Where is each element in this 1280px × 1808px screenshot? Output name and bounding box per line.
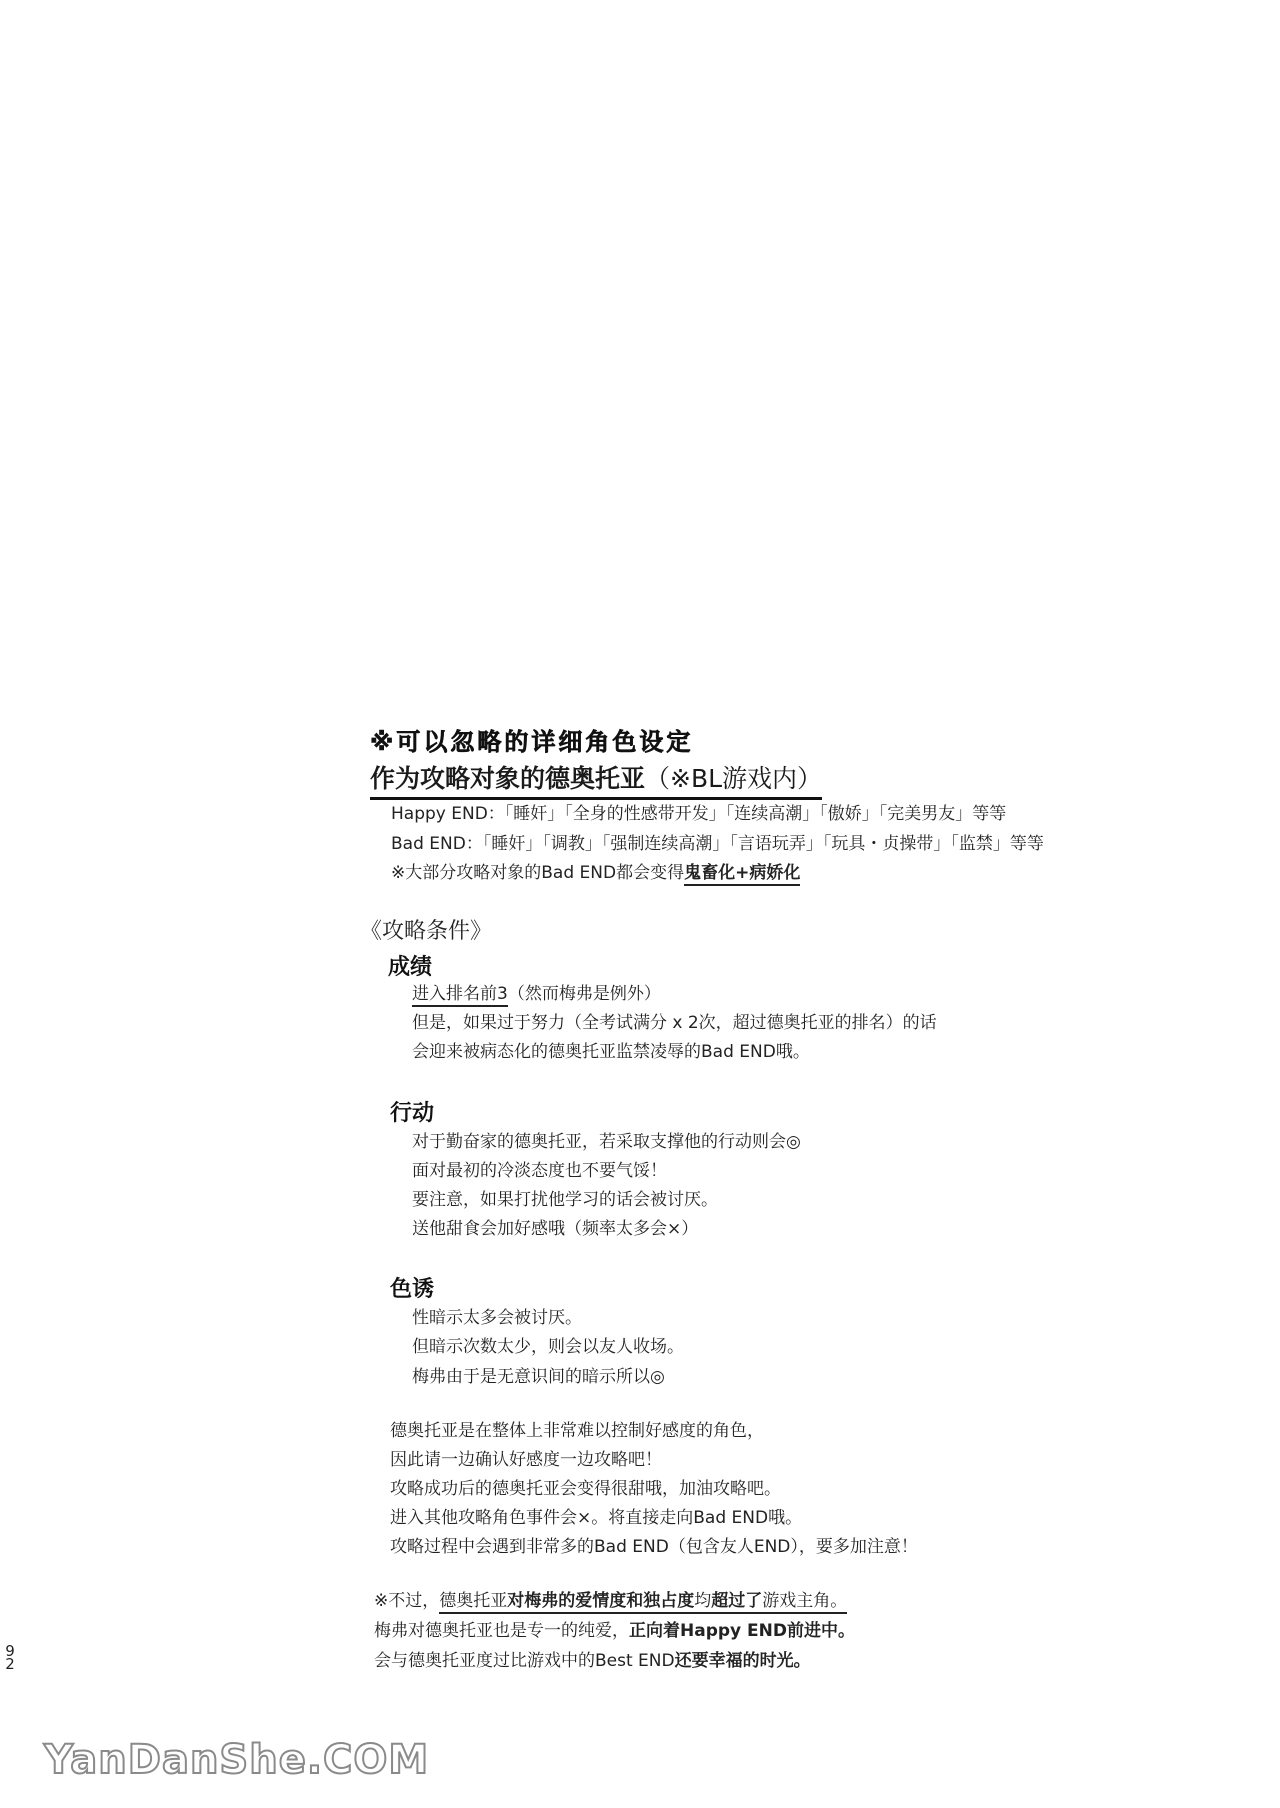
bad-end-note-prefix: ※大部分攻略对象的Bad END都会变得 xyxy=(391,863,684,883)
actions-line-1: 对于勤奋家的德奥托亚，若采取支撑他的行动则会◎ xyxy=(412,1131,801,1153)
grades-line-3: 会迎来被病态化的德奥托亚监禁凌辱的Bad END哦。 xyxy=(412,1041,810,1063)
summary-line-3: 攻略成功后的德奥托亚会变得很甜哦，加油攻略吧。 xyxy=(390,1478,781,1500)
page-number: 9 2 xyxy=(4,1645,16,1671)
happy-end-list: Happy END：「睡奸」「全身的性感带开发」「连续高潮」「傲娇」「完美男友」… xyxy=(391,803,1006,825)
grades-line-1: 进入排名前3（然而梅弗是例外） xyxy=(412,983,661,1005)
grades-line-1-rest: （然而梅弗是例外） xyxy=(508,984,661,1004)
cute-subtitle: ※可以忽略的详细角色设定 xyxy=(370,722,693,757)
footer-note-ub1: 对梅弗的爱情度和独占度 xyxy=(507,1591,694,1611)
footer-note-u2: 均 xyxy=(694,1591,711,1611)
summary-line-2: 因此请一边确认好感度一边攻略吧！ xyxy=(390,1449,662,1471)
main-heading: 作为攻略对象的德奥托亚（※BL游戏内） xyxy=(370,762,822,800)
summary-line-5: 攻略过程中会遇到非常多的Bad END（包含友人END），要多加注意！ xyxy=(390,1536,918,1558)
conditions-title: 《攻略条件》 xyxy=(360,914,492,945)
bad-end-list: Bad END：「睡奸」「调教」「强制连续高潮」「言语玩弄」「玩具・贞操带」「监… xyxy=(391,833,1044,855)
footer-note-line-3-normal: 会与德奥托亚度过比游戏中的Best END xyxy=(374,1651,675,1671)
footer-note-line-2-normal: 梅弗对德奥托亚也是专一的纯爱， xyxy=(374,1621,629,1641)
summary-line-4: 进入其他攻略角色事件会×。将直接走向Bad END哦。 xyxy=(390,1507,802,1529)
footer-note-line-2-bold: 正向着Happy END前进中。 xyxy=(629,1621,855,1641)
bad-end-note: ※大部分攻略对象的Bad END都会变得鬼畜化+病娇化 xyxy=(391,862,800,884)
actions-line-3: 要注意，如果打扰他学习的话会被讨厌。 xyxy=(412,1189,718,1211)
main-heading-bold: 作为攻略对象的德奥托亚 xyxy=(370,764,645,793)
section-heading-actions: 行动 xyxy=(390,1096,434,1127)
footer-note-underlined: 德奥托亚对梅弗的爱情度和独占度均超过了游戏主角。 xyxy=(439,1591,847,1614)
section-heading-grades: 成绩 xyxy=(388,950,432,981)
seduction-line-2: 但暗示次数太少，则会以友人收场。 xyxy=(412,1336,684,1358)
footer-note-ub2: 超过了 xyxy=(711,1591,762,1611)
seduction-line-3: 梅弗由于是无意识间的暗示所以◎ xyxy=(412,1366,665,1388)
page-number-digit-2: 2 xyxy=(4,1658,16,1671)
actions-line-4: 送他甜食会加好感哦（频率太多会×） xyxy=(412,1218,698,1240)
footer-note-prefix: ※不过， xyxy=(374,1591,439,1611)
footer-note-line-1: ※不过，德奥托亚对梅弗的爱情度和独占度均超过了游戏主角。 xyxy=(374,1590,847,1612)
grades-line-2: 但是，如果过于努力（全考试满分 x 2次，超过德奥托亚的排名）的话 xyxy=(412,1012,937,1034)
bad-end-note-emphasis: 鬼畜化+病娇化 xyxy=(684,863,800,886)
footer-note-u3: 游戏主角。 xyxy=(762,1591,847,1611)
actions-line-2: 面对最初的冷淡态度也不要气馁！ xyxy=(412,1160,667,1182)
section-heading-seduction: 色诱 xyxy=(390,1272,434,1303)
document-page: ※可以忽略的详细角色设定 作为攻略对象的德奥托亚（※BL游戏内） Happy E… xyxy=(0,0,1280,1808)
footer-note-u1: 德奥托亚 xyxy=(439,1591,507,1611)
footer-note-line-3: 会与德奥托亚度过比游戏中的Best END还要幸福的时光。 xyxy=(374,1650,811,1672)
main-heading-light: （※BL游戏内） xyxy=(645,764,822,793)
summary-line-1: 德奥托亚是在整体上非常难以控制好感度的角色， xyxy=(390,1420,764,1442)
watermark-logo: YanDanShe.COM xyxy=(44,1737,429,1783)
seduction-line-1: 性暗示太多会被讨厌。 xyxy=(412,1307,582,1329)
grades-line-1-underlined: 进入排名前3 xyxy=(412,984,508,1007)
footer-note-line-2: 梅弗对德奥托亚也是专一的纯爱，正向着Happy END前进中。 xyxy=(374,1620,855,1642)
footer-note-line-3-bold: 还要幸福的时光。 xyxy=(675,1651,811,1671)
